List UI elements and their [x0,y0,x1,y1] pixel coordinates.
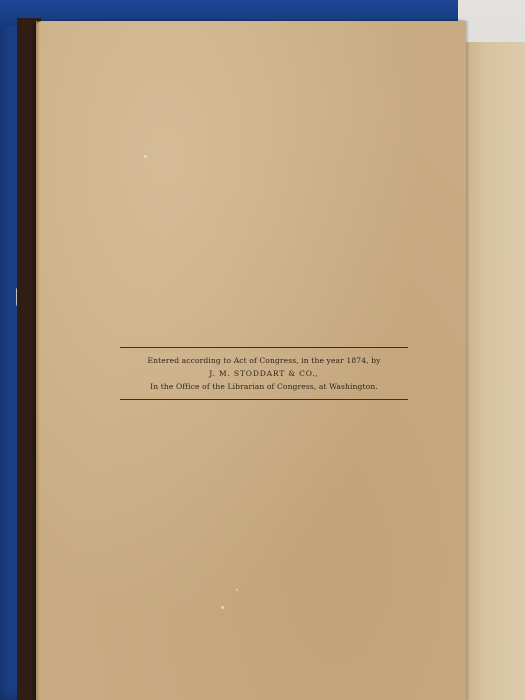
top-rule-divider [120,347,408,348]
copyright-entry-line: Entered according to Act of Congress, in… [120,354,408,367]
page-gutter-edge [36,21,40,700]
copyright-page: Entered according to Act of Congress, in… [36,21,466,700]
paper-speck [144,155,147,158]
publisher-name: J. M. STODDART & CO., [120,367,408,380]
bottom-rule-divider [120,399,408,400]
paper-speck [221,606,224,609]
copyright-office-line: In the Office of the Librarian of Congre… [120,380,408,393]
copyright-notice: Entered according to Act of Congress, in… [120,347,408,400]
paper-speck [236,589,238,591]
facing-page [462,42,525,700]
